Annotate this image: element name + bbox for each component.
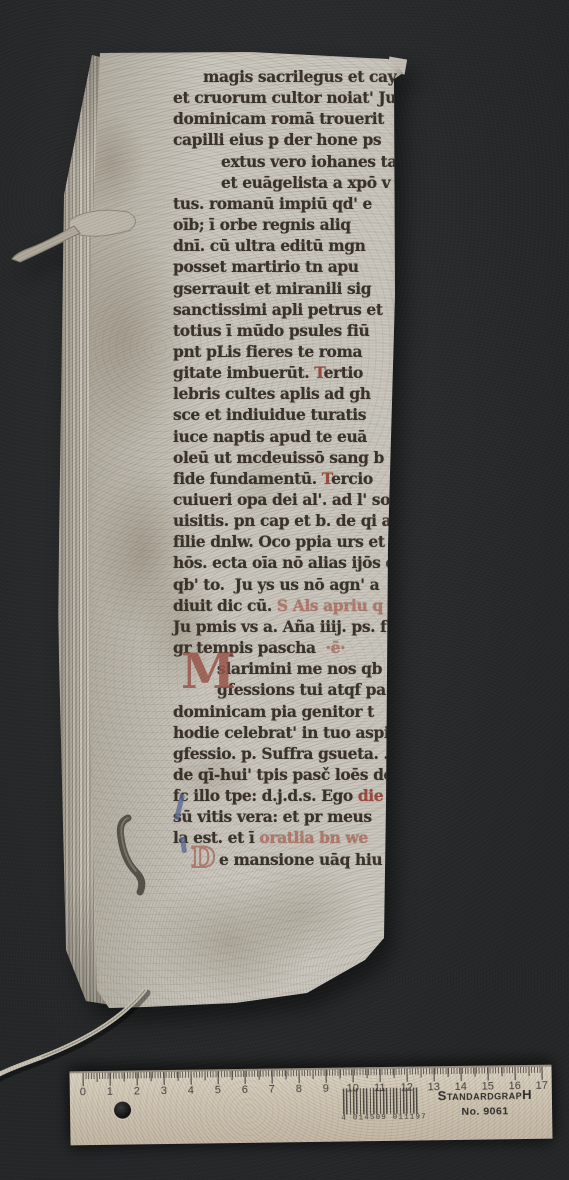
red-outline-initial-d: D xyxy=(191,844,215,872)
manuscript-text-line: qb' to. Ju ys us nō agn' a xyxy=(173,575,379,595)
manuscript-text-line: et euāgelista a xpō v xyxy=(173,173,390,193)
manuscript-text-line: sce et indiuidue turatis xyxy=(173,405,366,425)
ink-text: dominicam pia genitor t xyxy=(173,702,374,721)
ruler-number: 7 xyxy=(269,1084,275,1096)
ink-text: ercio xyxy=(331,469,373,488)
manuscript-text-line: filie dnlw. Oco ppia urs et d xyxy=(173,532,400,552)
ruler-half-cm-tick xyxy=(339,1070,340,1079)
ink-text: fc illo tpe: d.j.d.s. Ego xyxy=(173,786,358,805)
ruler-cm-tick xyxy=(541,1067,543,1080)
manuscript-text-line: dominicam romā trouerit xyxy=(173,109,384,129)
manuscript-text-line: lebris cultes aplis ad gh xyxy=(173,384,371,404)
ink-text: capilli eius p der hone ps xyxy=(173,130,381,149)
ink-text: de qī-hui' tpis pasč loēs de o xyxy=(173,765,408,784)
ruler-number: 2 xyxy=(134,1085,140,1097)
manuscript-text-line: magis sacrilegus et cay ip xyxy=(173,67,417,87)
ink-text: e mansione uāq hiu xyxy=(219,850,382,869)
ruler-cm-tick xyxy=(326,1070,328,1083)
ruler-model-number: No. 9061 xyxy=(430,1105,540,1119)
ink-text: totius ī mūdo psules fiū xyxy=(173,321,369,340)
ink-text: gserrauit et miranili sig xyxy=(173,279,371,298)
ink-text: slarimini me nos qb xyxy=(217,659,382,678)
rubric-text: T xyxy=(322,469,331,488)
ink-text: qb' to. Ju ys us nō agn' a xyxy=(173,575,379,594)
ruler-cm-tick xyxy=(487,1068,489,1081)
ink-text: et euāgelista a xpō v xyxy=(221,173,390,192)
ink-text: gitate imbuerūt. xyxy=(173,363,314,382)
ink-text: gfessio. p. Suffra gsueta. . xyxy=(173,744,389,763)
ink-text: uisitis. pn cap et b. de qi apli xyxy=(173,511,413,530)
ink-text: cuiueri opa dei al'. ad l' sola xyxy=(173,490,405,509)
photo-stage: magis sacrilegus et cay ipet cruorum cul… xyxy=(0,0,569,1180)
ruler-number: 5 xyxy=(215,1084,221,1096)
ruler-brand-name: StandardgrapH xyxy=(430,1087,540,1104)
ruler-number: 4 xyxy=(188,1085,194,1097)
ink-text: fide fundamentū. xyxy=(173,469,322,488)
ink-text: extus vero iohanes ta xyxy=(221,152,397,171)
ruler-half-cm-tick xyxy=(123,1073,124,1082)
ruler-cm-tick xyxy=(433,1068,435,1081)
ink-text: Ju pmis vs a. Aña iiij. ps. fial xyxy=(173,617,407,636)
manuscript-text-line: cuiueri opa dei al'. ad l' sola xyxy=(173,490,405,510)
ruler-brand-block: StandardgrapH No. 9061 xyxy=(430,1087,540,1119)
manuscript-text-line: sanctissimi apli petrus et xyxy=(173,300,383,320)
rubric-text: die xyxy=(358,786,383,805)
ruler-cm-tick xyxy=(460,1068,462,1081)
ruler-cm-tick xyxy=(110,1073,112,1086)
ink-text: posset martirio tn apu xyxy=(173,257,359,276)
ink-text: lebris cultes aplis ad gh xyxy=(173,384,371,403)
ruler-half-cm-tick xyxy=(312,1070,313,1079)
ink-text: oīb; ī orbe regnis aliq xyxy=(173,215,351,234)
ruler-cm-tick xyxy=(353,1069,355,1082)
barcode-icon xyxy=(343,1087,419,1114)
ink-text: sanctissimi apli petrus et xyxy=(173,300,383,319)
red-initial-m: M xyxy=(181,646,235,696)
ruler-half-cm-tick xyxy=(285,1070,286,1079)
ruler-number: 3 xyxy=(161,1085,167,1097)
ruler-half-cm-tick xyxy=(177,1072,178,1081)
ink-text: tus. romanū impiū qd' e xyxy=(173,194,372,213)
manuscript-text-line: fc illo tpe: d.j.d.s. Ego die xyxy=(173,786,383,806)
manuscript-text-line: de qī-hui' tpis pasč loēs de o xyxy=(173,765,408,785)
ruler-cm-tick xyxy=(272,1071,274,1084)
manuscript-text-line: hōs. ecta oīa nō alias ijōs de xyxy=(173,553,405,573)
manuscript-text-line: tus. romanū impiū qd' e xyxy=(173,194,372,214)
manuscript-text-line: fide fundamentū. Tercio xyxy=(173,469,373,489)
ruler-half-cm-tick xyxy=(366,1069,367,1078)
manuscript-text-line: dnī. cū ultra editū mgn xyxy=(173,236,366,256)
manuscript-text-line: iuce naptis apud te euā xyxy=(173,427,367,447)
ink-text: magis sacrilegus et cay ip xyxy=(203,67,417,86)
manuscript-text-line: gitate imbuerūt. Tertio xyxy=(173,363,363,383)
manuscript-page: magis sacrilegus et cay ipet cruorum cul… xyxy=(85,45,405,1020)
rubric-text: oratlia bn we xyxy=(259,828,367,847)
manuscript-text-line: sū vitis vera: et pr meus xyxy=(173,807,372,827)
ruler-number: 9 xyxy=(323,1083,329,1095)
ink-text: hodie celebrat' in tuo aspi xyxy=(173,723,389,742)
measuring-ruler: 01234567891011121314151617 4 014509 0111… xyxy=(70,1065,553,1146)
ruler-hanging-hole xyxy=(114,1102,131,1119)
manuscript-text-line: oīb; ī orbe regnis aliq xyxy=(173,215,351,235)
ruler-number: 0 xyxy=(80,1086,86,1098)
ruler-half-cm-tick xyxy=(393,1069,394,1078)
manuscript-text-line: oleū ut mcdeuissō sang b xyxy=(173,448,384,468)
manuscript-text-line: diuit dic cū. S Als apriu q xyxy=(173,596,383,616)
ink-text: pnt pLis fieres te roma xyxy=(173,342,362,361)
manuscript-text-line: Ju pmis vs a. Aña iiij. ps. fial xyxy=(173,617,407,637)
ruler-half-cm-tick xyxy=(204,1071,205,1080)
ink-text: dominicam romā trouerit xyxy=(173,109,384,128)
ruler-cm-tick xyxy=(218,1071,220,1084)
manuscript-text-line: totius ī mūdo psules fiū xyxy=(173,321,369,341)
manuscript-text-line: capilli eius p der hone ps xyxy=(173,130,381,150)
rubric-text: T xyxy=(314,363,323,382)
ink-text: hōs. ecta oīa nō alias ijōs de xyxy=(173,553,405,572)
ink-text: ertio xyxy=(324,363,363,382)
ruler-cm-tick xyxy=(407,1069,409,1082)
ruler-half-cm-tick xyxy=(231,1071,232,1080)
ruler-cm-tick xyxy=(380,1069,382,1082)
ruler-half-cm-tick xyxy=(96,1073,97,1082)
ink-text: filie dnlw. Oco ppia urs et d xyxy=(173,532,400,551)
ruler-half-cm-tick xyxy=(528,1067,529,1076)
manuscript-text-line: uisitis. pn cap et b. de qi apli xyxy=(173,511,413,531)
ink-text: gfessions tui atqf pa xyxy=(217,680,386,699)
manuscript-text-line: pnt pLis fieres te roma xyxy=(173,342,362,362)
manuscript-text-line: hodie celebrat' in tuo aspi xyxy=(173,723,389,743)
ruler-half-cm-tick xyxy=(420,1068,421,1077)
rubric-text: ·ē· xyxy=(316,638,345,657)
barcode-digits: 4 014509 011197 xyxy=(336,1113,432,1122)
manuscript-text-line: gfessio. p. Suffra gsueta. . xyxy=(173,744,389,764)
ink-text: sū vitis vera: et pr meus xyxy=(173,807,372,826)
manuscript-text-line: extus vero iohanes ta xyxy=(173,152,397,172)
ink-text: et cruorum cultor noiat' Ju xyxy=(173,88,396,107)
ruler-cm-tick xyxy=(191,1072,193,1085)
ruler-cm-tick xyxy=(164,1072,166,1085)
ruler-half-cm-tick xyxy=(474,1068,475,1077)
ruler-half-cm-tick xyxy=(501,1067,502,1076)
ink-text: diuit dic cū. xyxy=(173,596,277,615)
ruler-half-cm-tick xyxy=(150,1072,151,1081)
manuscript-book: magis sacrilegus et cay ipet cruorum cul… xyxy=(0,0,569,1180)
ruler-cm-tick xyxy=(299,1070,301,1083)
manuscript-text-line: dominicam pia genitor t xyxy=(173,702,374,722)
ruler-cm-tick xyxy=(514,1067,516,1080)
ruler-half-cm-tick xyxy=(258,1071,259,1080)
ruler-cm-tick xyxy=(245,1071,247,1084)
ruler-cm-tick xyxy=(83,1073,85,1086)
ink-text: iuce naptis apud te euā xyxy=(173,427,367,446)
ruler-cm-tick xyxy=(137,1072,139,1085)
ink-text: sce et indiuidue turatis xyxy=(173,405,366,424)
manuscript-text-line: posset martirio tn apu xyxy=(173,257,359,277)
ruler-half-cm-tick xyxy=(447,1068,448,1077)
ruler-number: 8 xyxy=(296,1083,302,1095)
ruler-number: 1 xyxy=(107,1086,113,1098)
ink-text: dnī. cū ultra editū mgn xyxy=(173,236,366,255)
manuscript-text-line: gserrauit et miranili sig xyxy=(173,279,371,299)
manuscript-text-line: et cruorum cultor noiat' Ju xyxy=(173,88,396,108)
rubric-text: S Als apriu q xyxy=(277,596,383,615)
ink-text: oleū ut mcdeuissō sang b xyxy=(173,448,384,467)
ruler-number: 6 xyxy=(242,1084,248,1096)
manuscript-text: magis sacrilegus et cay ipet cruorum cul… xyxy=(173,67,423,927)
